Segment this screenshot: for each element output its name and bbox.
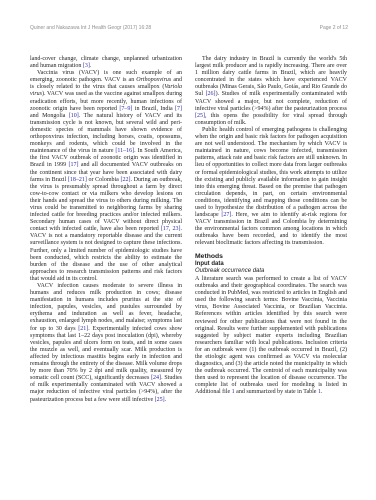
section-heading-methods: Methods — [195, 253, 347, 261]
citation-link[interactable]: [17] — [68, 162, 78, 168]
citation-link[interactable]: [25] — [195, 113, 205, 119]
text-run: ). Studies of milk experimentally contam… — [195, 91, 347, 111]
italic-term: Orthopoxvirus — [136, 77, 171, 83]
text-run: and Mongolia — [30, 113, 69, 119]
text-run: . During an outbreak, the virus is presu… — [30, 177, 182, 233]
body-paragraph: VACV infection causes moderate to severe… — [30, 283, 182, 404]
body-paragraph: Vaccinia virus (VACV) is one such exampl… — [30, 70, 182, 283]
text-run: VACV infection causes moderate to severe… — [30, 283, 182, 332]
citation-link[interactable]: [11–16] — [115, 148, 134, 154]
text-run: A literature search was performed to cre… — [195, 276, 347, 396]
text-run: Public health control of emerging pathog… — [195, 127, 347, 218]
running-head-citation: Quiner and Nakazawa Int J Health Geogr (… — [30, 25, 151, 31]
citation-link[interactable]: [22] — [120, 177, 130, 183]
section-heading-input-data: Input data — [195, 261, 347, 268]
citation-link[interactable]: [7] — [175, 106, 182, 112]
section-heading-outbreak-occurrence-data: Outbreak occurrence data — [195, 268, 347, 275]
citation-link[interactable]: [3] — [83, 63, 90, 69]
citation-link[interactable]: [21] — [78, 326, 88, 332]
right-column: The dairy industry in Brazil is currentl… — [195, 56, 347, 404]
citation-link[interactable]: [18–21] — [68, 177, 87, 183]
body-paragraph: land-cover change, climate change, unpla… — [30, 56, 182, 70]
citation-link[interactable]: [10] — [69, 113, 79, 119]
page-number-label: Page 2 of 12 — [320, 25, 348, 31]
text-run: land-cover change, climate change, unpla… — [30, 56, 182, 69]
citation-link[interactable]: [17, 23] — [161, 226, 181, 232]
text-run: or Colombia — [87, 177, 121, 183]
left-column: land-cover change, climate change, unpla… — [30, 56, 182, 404]
text-run: . — [165, 397, 167, 403]
citation-link[interactable]: [7–9] — [119, 106, 132, 112]
body-paragraph: Public health control of emerging pathog… — [195, 127, 347, 248]
text-run: . — [321, 389, 323, 395]
body-paragraph: A literature search was performed to cre… — [195, 276, 347, 397]
text-run: , this opens the possibility for viral s… — [195, 113, 347, 126]
citation-link[interactable]: [25] — [155, 397, 165, 403]
citation-link[interactable]: [27] — [221, 212, 231, 218]
page-header: Quiner and Nakazawa Int J Health Geogr (… — [30, 25, 348, 31]
article-body: land-cover change, climate change, unpla… — [30, 56, 347, 404]
citation-link[interactable]: [26] — [206, 91, 216, 97]
text-run: . Experimentally infected cows show symp… — [30, 326, 182, 382]
text-run: . VACV is not a mandatory reportable dis… — [30, 226, 182, 282]
body-paragraph: The dairy industry in Brazil is currentl… — [195, 56, 347, 127]
citation-link[interactable]: [24] — [151, 375, 161, 381]
text-run: . — [90, 63, 92, 69]
text-run: and summarized by state in Table — [235, 389, 318, 395]
text-run: in Brazil, India — [132, 106, 175, 112]
